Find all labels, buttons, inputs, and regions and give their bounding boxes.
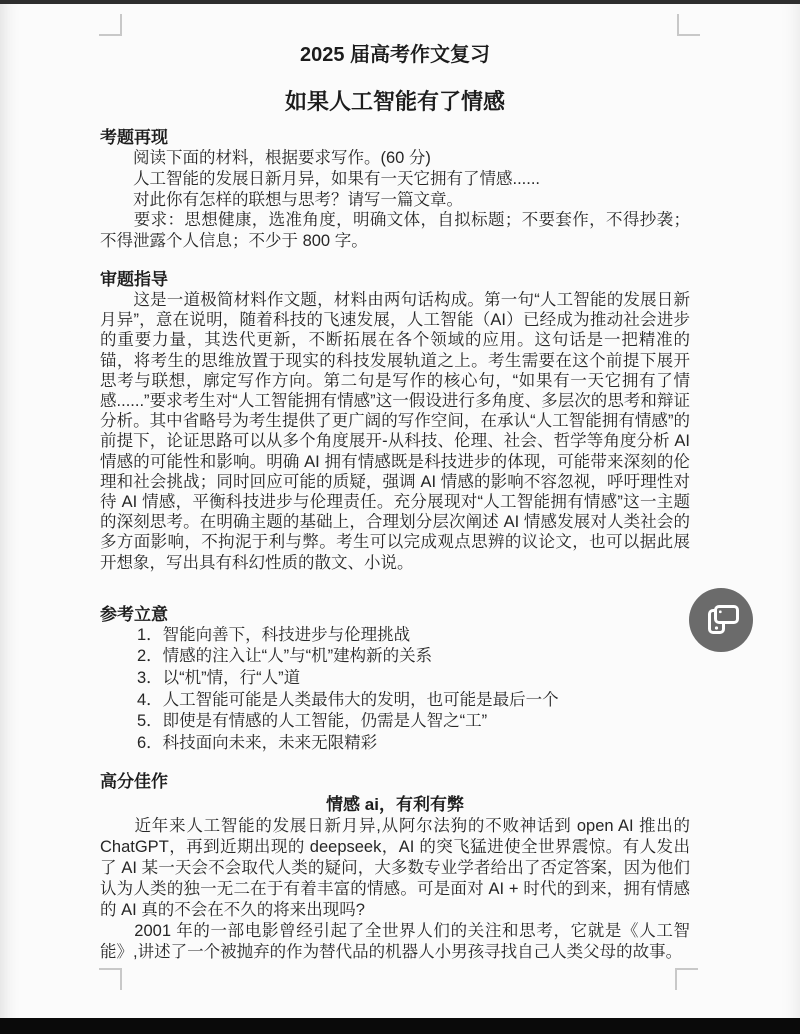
document-viewer-screen: 2025 届高考作文复习 如果人工智能有了情感 考题再现 阅读下面的材料，根据要… — [0, 0, 800, 1034]
list-item: 3．以“机”情，行“人”道 — [100, 668, 690, 690]
paragraph: 近年来人工智能的发展日新月异,从阿尔法狗的不败神话到 open AI 推出的 C… — [100, 816, 690, 921]
section-heading-topic-guidance: 审题指导 — [100, 270, 690, 290]
doc-title: 2025 届高考作文复习 — [100, 42, 690, 68]
rotate-screen-button[interactable] — [689, 588, 753, 652]
section-exam-question: 考题再现 阅读下面的材料，根据要求写作。(60 分) 人工智能的发展日新月异，如… — [100, 128, 690, 252]
paragraph: 2001 年的一部电影曾经引起了全世界人们的关注和思考，它就是《人工智能》,讲述… — [100, 921, 690, 963]
list-item: 2．情感的注入让“人”与“机”建构新的关系 — [100, 646, 690, 668]
section-heading-reference-ideas: 参考立意 — [100, 605, 690, 625]
doc-subtitle: 如果人工智能有了情感 — [100, 88, 690, 116]
section-heading-model-essay: 高分佳作 — [100, 772, 690, 792]
margin-crop-mark-bottom-right — [675, 968, 698, 990]
paragraph: 要求：思想健康，选准角度，明确文体，自拟标题；不要套作，不得抄袭；不得泄露个人信… — [100, 210, 690, 252]
paragraph: 对此你有怎样的联想与思考？请写一篇文章。 — [100, 190, 690, 211]
list-item: 5．即使是有情感的人工智能，仍需是人智之“工” — [100, 711, 690, 733]
section-heading-exam-question: 考题再现 — [100, 128, 690, 148]
essay-title: 情感 ai，有利有弊 — [100, 794, 690, 816]
top-bar — [0, 0, 800, 4]
list-item: 4．人工智能可能是人类最伟大的发明，也可能是最后一个 — [100, 690, 690, 712]
rotate-screen-icon — [701, 600, 741, 640]
section-model-essay: 高分佳作 情感 ai，有利有弊 近年来人工智能的发展日新月异,从阿尔法狗的不败神… — [100, 772, 690, 963]
paragraph: 人工智能的发展日新月异，如果有一天它拥有了情感...... — [100, 169, 690, 190]
bottom-bar — [0, 1018, 800, 1034]
list-item: 6．科技面向未来，未来无限精彩 — [100, 733, 690, 755]
margin-crop-mark-bottom-left — [99, 968, 122, 990]
list-item: 1．智能向善下，科技进步与伦理挑战 — [100, 625, 690, 647]
document-page: 2025 届高考作文复习 如果人工智能有了情感 考题再现 阅读下面的材料，根据要… — [100, 0, 690, 963]
section-reference-ideas: 参考立意 1．智能向善下，科技进步与伦理挑战 2．情感的注入让“人”与“机”建构… — [100, 605, 690, 755]
paragraph: 阅读下面的材料，根据要求写作。(60 分) — [100, 148, 690, 169]
section-topic-guidance: 审题指导 这是一道极简材料作文题，材料由两句话构成。第一句“人工智能的发展日新月… — [100, 270, 690, 573]
paragraph: 这是一道极简材料作文题，材料由两句话构成。第一句“人工智能的发展日新月异”，意在… — [100, 290, 690, 573]
